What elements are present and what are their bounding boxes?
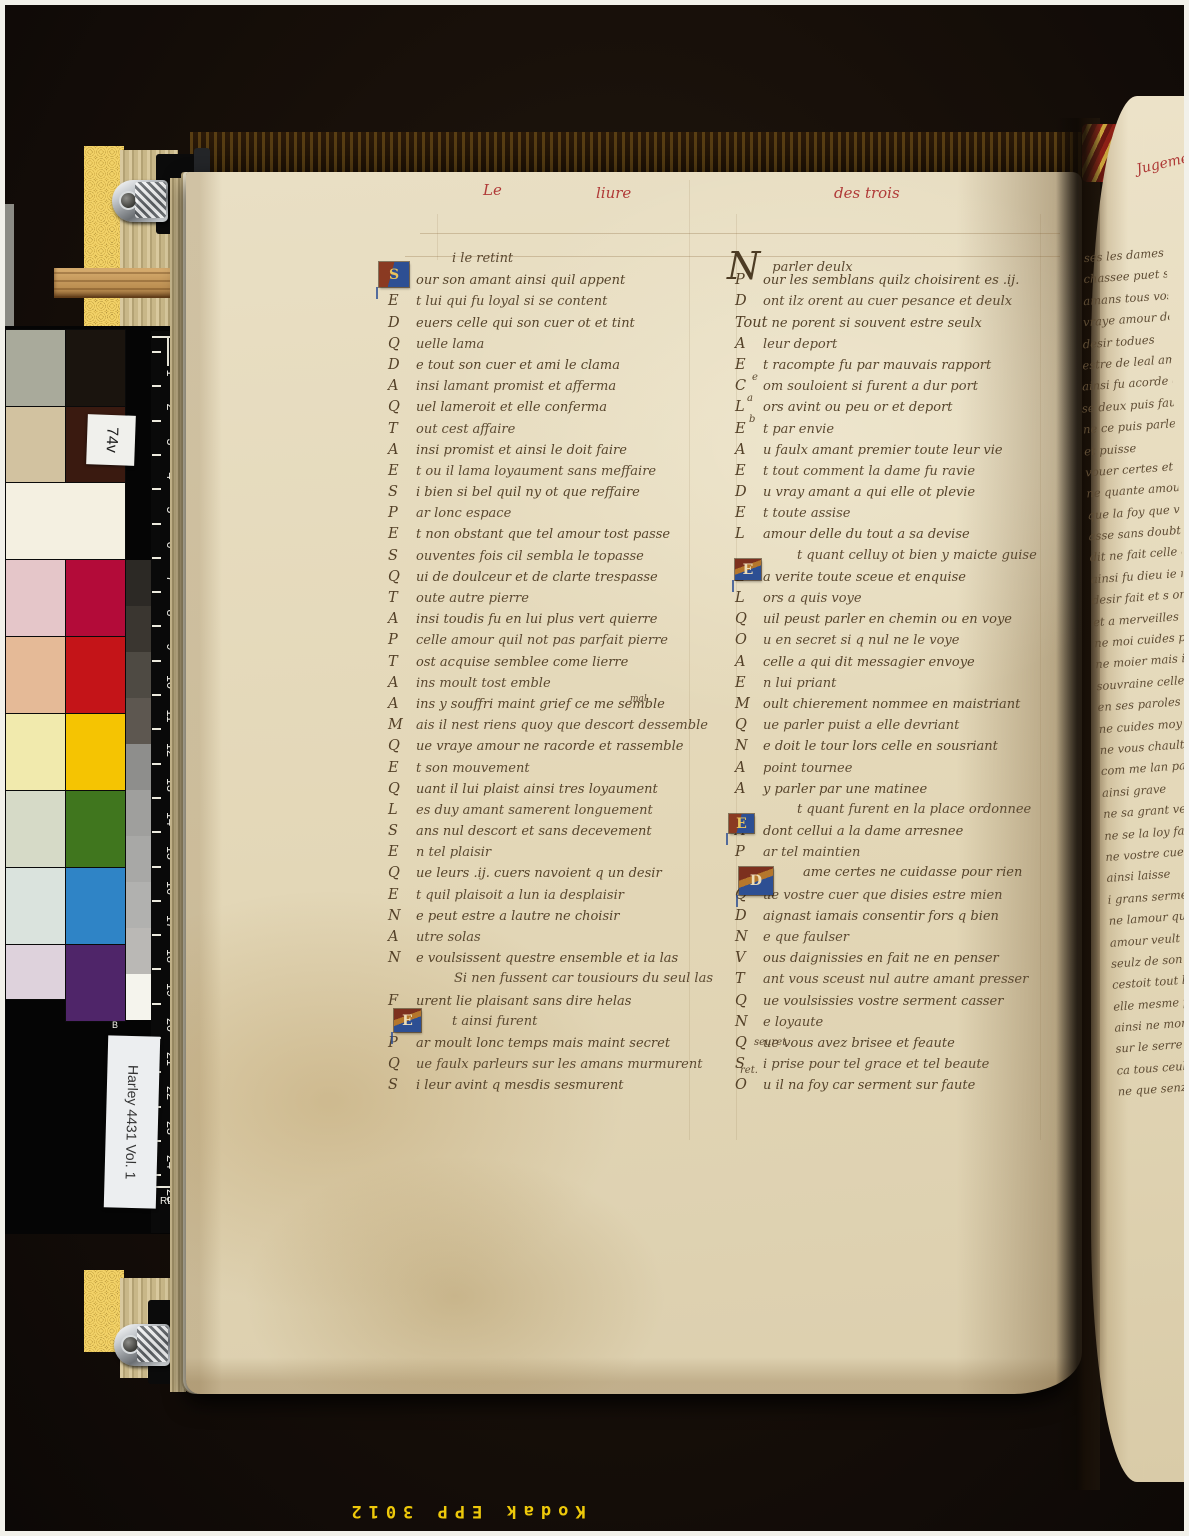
metal-clip-top (112, 180, 168, 222)
verse-line: Ains y souffri maint grief ce me semble (388, 696, 700, 717)
verse-capital: T (388, 654, 412, 670)
verse-capital: A (735, 442, 759, 458)
margin-note: a (747, 393, 753, 404)
verse-text: u en secret si q nul ne le voye (763, 633, 959, 648)
illuminated-initial-S: S (379, 262, 409, 287)
verse-text: e tout son cuer et ami le clama (416, 358, 620, 373)
verse-capital: Q (388, 336, 412, 352)
verse-line: Tout cest affaire (388, 421, 700, 442)
verse-text: insi toudis fu en lui plus vert quierre (416, 612, 657, 627)
verse-text: t par envie (763, 422, 834, 437)
grayscale-step-0 (126, 560, 151, 606)
verse-text: Si nen fussent car tousiours du seul las (454, 971, 713, 986)
illuminated-initial-E: E (735, 559, 761, 580)
verse-capital: P (735, 844, 759, 860)
verse-line: Lors a quis voye (735, 590, 1071, 611)
verse-line: Tant vous sceust nul autre amant presser (735, 971, 1071, 992)
verse-line: Que faulx parleurs sur les amans murmure… (388, 1056, 700, 1077)
ruler-tick (152, 351, 161, 353)
grayscale-step-3 (126, 698, 151, 744)
verse-text: ue vous avez brisee et feaute (763, 1036, 955, 1051)
verse-text: ar tel maintien (763, 845, 860, 860)
verse-text: ins moult tost emble (416, 676, 551, 691)
board-edge (5, 204, 14, 336)
ruler-tick (152, 420, 161, 422)
verse-text: t toute assise (763, 506, 850, 521)
margin-note: b (749, 414, 755, 425)
verse-line: Ne peut estre a lautre ne choisir (388, 908, 700, 929)
verse-text: a verite toute sceue et enquise (763, 570, 966, 585)
verse-capital: M (388, 717, 412, 733)
verse-capital: E (388, 887, 412, 903)
verse-line: De tout son cuer et ami le clama (388, 357, 700, 378)
verse-text: oute autre pierre (416, 591, 529, 606)
verse-text: u vray amant a qui elle ot plevie (763, 485, 975, 500)
ruler-tick (152, 900, 161, 902)
verse-line: Et son mouvement (388, 760, 700, 781)
verse-text: insi lamant promist et afferma (416, 379, 616, 394)
verse-text: celle a qui dit messagier envoye (763, 655, 975, 670)
patch-saturated-7 (66, 945, 125, 1021)
verse-line: Toutne porent si souvent estre seulx (735, 315, 1071, 336)
ruler-tick (152, 763, 161, 765)
ruler-bracket (167, 336, 169, 366)
verse-line: ame certes ne cuidasse pour rien (735, 865, 1071, 886)
verse-text: ouventes fois cil sembla le topasse (416, 549, 644, 564)
ruler-tick (152, 488, 161, 490)
verse-text: ar lonc espace (416, 506, 511, 521)
verse-capital: Q (388, 865, 412, 881)
verse-line: Dont ilz orent au cuer pesance et deulx (735, 293, 1071, 314)
verse-text: t racompte fu par mauvais rapport (763, 358, 991, 373)
verse-text: dont cellui a la dame arresnee (763, 824, 963, 839)
verse-line: Et racompte fu par mauvais rapport (735, 357, 1071, 378)
patch-pale-6 (6, 868, 65, 944)
verse-capital: Q (388, 1056, 412, 1072)
patch-saturated-2 (66, 560, 125, 636)
verse-capital: V (735, 950, 759, 966)
verse-text: t ainsi furent (452, 1014, 537, 1029)
patch-saturated-5 (66, 791, 125, 867)
verse-capital: P (388, 632, 412, 648)
verse-line: Sans nul descort et sans decevement (388, 823, 700, 844)
verse-line: Deuers celle qui son cuer ot et tint (388, 315, 700, 336)
verse-text: e que faulser (763, 930, 849, 945)
verse-text: ue leurs .ij. cuers navoient q un desir (416, 866, 662, 881)
verse-line: Toute autre pierre (388, 590, 700, 611)
verse-text: euers celle qui son cuer ot et tint (416, 316, 635, 331)
verse-line: Si nen fussent car tousiours du seul las (388, 971, 700, 992)
verse-line: Souventes fois cil sembla le topasse (388, 548, 700, 569)
verse-line: Apoint tournee (735, 760, 1071, 781)
verse-line: Lors avint ou peu or et deport (735, 399, 1071, 420)
verse-line: La verite toute sceue et enquise (735, 569, 1071, 590)
ruler-tick (152, 625, 161, 627)
verse-line: Du vray amant a qui elle ot plevie (735, 484, 1071, 505)
verse-capital: F (388, 993, 412, 1009)
verse-text: u il na foy car serment sur faute (763, 1078, 975, 1093)
verse-line: Pour son amant ainsi quil appent (388, 272, 700, 293)
patch-saturated-0 (66, 330, 125, 406)
patch-pale-7 (6, 945, 65, 999)
grayscale-step-7 (126, 882, 151, 928)
verse-capital: L (735, 526, 759, 542)
verse-text: ui de doulceur et de clarte trespasse (416, 570, 658, 585)
verse-text: ue vostre cuer que disies estre mien (763, 888, 1003, 903)
running-title-le: Le (483, 181, 502, 199)
verse-text: om souloient si furent a dur port (763, 379, 978, 394)
wooden-cradle-strip (54, 268, 176, 298)
ruler-tick (152, 831, 161, 833)
patch-pale-3 (6, 637, 65, 713)
verse-capital: S (388, 548, 412, 564)
verse-text: t ou il lama loyaument sans meffaire (416, 464, 656, 479)
verse-capital: A (388, 696, 412, 712)
verse-line: Autre solas (388, 929, 700, 950)
verse-line: t quant furent en la place ordonnee (735, 802, 1071, 823)
verse-text: aignast iamais consentir fors q bien (763, 909, 999, 924)
verse-text: celle amour quil not pas parfait pierre (416, 633, 668, 648)
verse-line: Aleur deport (735, 336, 1071, 357)
margin-note: mal (630, 694, 647, 704)
verse-line: Si leur avint q mesdis sesmurent (388, 1077, 700, 1098)
verse-capital: A (735, 760, 759, 776)
verse-capital: E (388, 463, 412, 479)
verse-text: oult chierement nommee en maistriant (763, 697, 1020, 712)
verse-line: Si prise pour tel grace et tel beaute (735, 1056, 1071, 1077)
verse-capital: N (735, 1014, 759, 1030)
verse-capital: T (388, 590, 412, 606)
margin-note: ret. (740, 1065, 758, 1076)
verse-line: Et tout comment la dame fu ravie (735, 463, 1071, 484)
patch-white-wide (6, 483, 125, 559)
ruler-tick (152, 454, 161, 456)
verse-text: e voulsissent questre ensemble et ia las (416, 951, 678, 966)
illuminated-initial-E: E (394, 1009, 421, 1032)
folio-number-text: 74v (102, 427, 121, 453)
verse-capital: E (388, 526, 412, 542)
verse-capital: N (727, 259, 760, 273)
verse-capital: Q (388, 399, 412, 415)
verse-line: Ou en secret si q nul ne le voye (735, 632, 1071, 653)
ruler-tick (152, 728, 161, 730)
verse-capital: Q (735, 717, 759, 733)
verse-line: Ne que faulser (735, 929, 1071, 950)
verse-line: Qui de doulceur et de clarte trespasse (388, 569, 700, 590)
shelfmark-label: Harley 4431 Vol. 1 (104, 1035, 160, 1208)
verse-text: our les semblans quilz choisirent es .ij… (763, 273, 1019, 288)
ruler-tick (152, 934, 161, 936)
verse-text: ue faulx parleurs sur les amans murmuren… (416, 1057, 702, 1072)
verse-text: ar moult lonc temps mais maint secret (416, 1036, 670, 1051)
verse-capital: M (735, 696, 759, 712)
verse-line: Pcelle amour quil not pas parfait pierre (388, 632, 700, 653)
verse-capital: P (388, 505, 412, 521)
verse-capital: S (388, 823, 412, 839)
grayscale-step-5 (126, 790, 151, 836)
verse-text: ais il nest riens quoy que descort desse… (416, 718, 708, 733)
verse-capital: A (735, 781, 759, 797)
verse-line: Et lui qui fu loyal si se content (388, 293, 700, 314)
ruler-tick (152, 694, 161, 696)
verse-capital: D (735, 293, 759, 309)
verse-line: Et ou il lama loyaument sans meffaire (388, 463, 700, 484)
ruler-tick (152, 660, 161, 662)
verse-capital: T (735, 971, 759, 987)
verse-text: uant il lui plaist ainsi tres loyaument (416, 782, 658, 797)
verse-text: ont ilz orent au cuer pesance et deulx (763, 294, 1012, 309)
patch-pale-0 (6, 330, 65, 406)
verse-capital: A (388, 611, 412, 627)
verse-capital: Tout (735, 315, 767, 331)
verse-line: Ne voulsissent questre ensemble et ia la… (388, 950, 700, 971)
verse-line: Ne loyaute (735, 1014, 1071, 1035)
verse-capital: E (388, 293, 412, 309)
patch-saturated-3 (66, 637, 125, 713)
verse-text: ors avint ou peu or et deport (763, 400, 953, 415)
verse-text: urent lie plaisant sans dire helas (416, 994, 631, 1009)
verse-capital: E (735, 505, 759, 521)
verse-text: utre solas (416, 930, 481, 945)
verse-line: Et par envie (735, 421, 1071, 442)
verse-text: i le retint (452, 251, 513, 266)
verse-text: n lui priant (763, 676, 836, 691)
verse-capital: Q (735, 611, 759, 627)
verse-line: Furent lie plaisant sans dire helas (388, 993, 700, 1014)
grayscale-step-8 (126, 928, 151, 974)
ruler-tick (152, 591, 161, 593)
verse-text: ue vraye amour ne racorde et rassemble (416, 739, 683, 754)
verse-line: Par lonc espace (388, 505, 700, 526)
verse-line: Quant il lui plaist ainsi tres loyaument (388, 781, 700, 802)
ruler-tick (152, 557, 161, 559)
verse-text: t quant celluy ot bien y maicte guise (797, 548, 1037, 563)
ruler-tick (152, 968, 161, 970)
verse-line: Daignast iamais consentir fors q bien (735, 908, 1071, 929)
grayscale-step-4 (126, 744, 151, 790)
verse-text: ne porent si souvent estre seulx (771, 316, 981, 331)
verse-text: e loyaute (763, 1015, 823, 1030)
verse-line: Com souloient si furent a dur port (735, 378, 1071, 399)
verse-text: ant vous sceust nul autre amant presser (763, 972, 1028, 987)
verse-text: uelle lama (416, 337, 484, 352)
verse-capital: O (735, 632, 759, 648)
verse-text: ous daignissies en fait ne en penser (763, 951, 999, 966)
verse-capital: A (735, 336, 759, 352)
verse-line: En tel plaisir (388, 844, 700, 865)
verse-line: Et quil plaisoit a lun ia desplaisir (388, 887, 700, 908)
verse-line: Ains moult tost emble (388, 675, 700, 696)
metal-clip-bottom (114, 1324, 170, 1366)
verse-line: Que parler puist a elle devriant (735, 717, 1071, 738)
verse-capital: Q (388, 781, 412, 797)
ruler-b-mark: B (112, 1020, 118, 1030)
verse-capital: O (735, 1077, 759, 1093)
ruler-tick (152, 797, 161, 799)
verse-capital: E (735, 463, 759, 479)
running-title-livre: liure (596, 184, 631, 202)
verse-text: y parler par une matinee (763, 782, 927, 797)
verse-capital: L (735, 590, 759, 606)
verse-text: ins y souffri maint grief ce me semble (416, 697, 665, 712)
verse-line: Que voulsissies vostre serment casser (735, 993, 1071, 1014)
ruler-tick (152, 866, 161, 868)
verse-line: Tost acquise semblee come lierre (388, 654, 700, 675)
verse-capital: N (735, 738, 759, 754)
verse-text: ost acquise semblee come lierre (416, 655, 628, 670)
verse-line: Ainsi toudis fu en lui plus vert quierre (388, 611, 700, 632)
verse-line: Par tel maintien (735, 844, 1071, 865)
verse-line: En lui priant (735, 675, 1071, 696)
verse-text: t quil plaisoit a lun ia desplaisir (416, 888, 624, 903)
verse-line: Vous daignissies en fait ne en penser (735, 950, 1071, 971)
verse-text: ame certes ne cuidasse pour rien (803, 865, 1022, 880)
verse-text: leur deport (763, 337, 837, 352)
verse-line: Que leurs .ij. cuers navoient q un desir (388, 865, 700, 886)
ruler-tick (152, 1003, 161, 1005)
grayscale-step-9 (126, 974, 151, 1020)
verse-line: Si bien si bel quil ny ot que reffaire (388, 484, 700, 505)
verse-line: Quil peust parler en chemin ou en voye (735, 611, 1071, 632)
verse-line: Au faulx amant premier toute leur vie (735, 442, 1071, 463)
verse-capital: A (388, 675, 412, 691)
margin-note: seuret (754, 1037, 786, 1048)
verse-text: uel lameroit et elle conferma (416, 400, 607, 415)
verse-text: n tel plaisir (416, 845, 491, 860)
verse-text: out cest affaire (416, 422, 515, 437)
ruling-line (420, 233, 1060, 234)
verse-text: amour delle du tout a sa devise (763, 527, 970, 542)
verse-text: ue parler puist a elle devriant (763, 718, 959, 733)
verse-capital: S (388, 1077, 412, 1093)
verse-text: ors a quis voye (763, 591, 862, 606)
verse-capital: N (388, 950, 412, 966)
shelfmark-text: Harley 4431 Vol. 1 (123, 1065, 142, 1180)
verse-line: t ainsi furent (388, 1014, 700, 1035)
text-column-right: Nparler deulxPour les semblans quilz cho… (735, 251, 1071, 1099)
ruler-tick (152, 523, 161, 525)
verse-line: Moult chierement nommee en maistriant (735, 696, 1071, 717)
verse-line: Ne doit le tour lors celle en sousriant (735, 738, 1071, 759)
verse-capital: L (388, 802, 412, 818)
verse-capital: E (735, 357, 759, 373)
verse-line: Nparler deulx (735, 251, 1071, 272)
verse-text: our son amant ainsi quil appent (416, 273, 625, 288)
verse-text: t tout comment la dame fu ravie (763, 464, 975, 479)
verse-capital: E (735, 675, 759, 691)
illuminated-initial-D: D (739, 867, 773, 895)
grayscale-step-1 (126, 606, 151, 652)
verse-text: es duy amant samerent longuement (416, 803, 653, 818)
verse-line: Ay parler par une matinee (735, 781, 1071, 802)
verse-text: ue voulsissies vostre serment casser (763, 994, 1003, 1009)
film-edge-marking: Kodak EPP 3012 (300, 1494, 630, 1528)
running-title-des-trois: des trois (834, 184, 900, 202)
verse-capital: Q (388, 569, 412, 585)
verse-capital: E (388, 760, 412, 776)
verse-text: u faulx amant premier toute leur vie (763, 443, 1003, 458)
text-column-left: i le retintPour son amant ainsi quil app… (388, 251, 700, 1099)
verse-line: Adont cellui a la dame arresnee (735, 823, 1071, 844)
verse-line: t quant celluy ot bien y maicte guise (735, 548, 1071, 569)
verse-line: Quelle lama (388, 336, 700, 357)
verse-line: Que vostre cuer que disies estre mien (735, 887, 1071, 908)
verse-line: Et non obstant que tel amour tost passe (388, 526, 700, 547)
verse-text: i bien si bel quil ny ot que reffaire (416, 485, 640, 500)
verse-capital: A (388, 378, 412, 394)
verse-capital: A (388, 929, 412, 945)
verse-text: e doit le tour lors celle en sousriant (763, 739, 998, 754)
verse-text: i leur avint q mesdis sesmurent (416, 1078, 624, 1093)
verse-capital: N (388, 908, 412, 924)
verse-text: e peut estre a lautre ne choisir (416, 909, 620, 924)
verse-text: t non obstant que tel amour tost passe (416, 527, 670, 542)
verse-text: t lui qui fu loyal si se content (416, 294, 607, 309)
verse-line: Mais il nest riens quoy que descort dess… (388, 717, 700, 738)
verse-capital: Q (388, 738, 412, 754)
verse-line: Ou il na foy car serment sur faute (735, 1077, 1071, 1098)
grayscale-step-2 (126, 652, 151, 698)
verse-text: point tournee (763, 761, 852, 776)
verse-text: ans nul descort et sans decevement (416, 824, 652, 839)
verse-line: Les duy amant samerent longuement (388, 802, 700, 823)
verse-line: Pour les semblans quilz choisirent es .i… (735, 272, 1071, 293)
verse-line: Lamour delle du tout a sa devise (735, 526, 1071, 547)
verse-capital: A (735, 654, 759, 670)
verse-line: Que vraye amour ne racorde et rassemble (388, 738, 700, 759)
manuscript-photo: Le liure des trois Jugeme i le retintPou… (0, 0, 1189, 1536)
verse-text: t son mouvement (416, 761, 530, 776)
verse-line: Par moult lonc temps mais maint secret (388, 1035, 700, 1056)
verse-line: i le retint (388, 251, 700, 272)
patch-pale-2 (6, 560, 65, 636)
verse-capital: D (735, 908, 759, 924)
patch-pale-5 (6, 791, 65, 867)
verse-capital: D (388, 315, 412, 331)
grayscale-step-6 (126, 836, 151, 882)
patch-saturated-4 (66, 714, 125, 790)
verse-capital: D (388, 357, 412, 373)
verse-line: Acelle a qui dit messagier envoye (735, 654, 1071, 675)
patch-pale-1 (6, 407, 65, 483)
verse-line: Ainsi lamant promist et afferma (388, 378, 700, 399)
verse-text: insi promist et ainsi le doit faire (416, 443, 627, 458)
verse-line: Et toute assise (735, 505, 1071, 526)
verse-text: uil peust parler en chemin ou en voye (763, 612, 1012, 627)
verse-capital: D (735, 484, 759, 500)
verse-line: Ainsi promist et ainsi le doit faire (388, 442, 700, 463)
folio-number-label: 74v (86, 414, 136, 466)
ruler-tick (152, 385, 161, 387)
margin-note: e (752, 372, 758, 383)
verse-capital: N (735, 929, 759, 945)
verse-capital: A (388, 442, 412, 458)
patch-saturated-6 (66, 868, 125, 944)
verse-capital: T (388, 421, 412, 437)
patch-pale-4 (6, 714, 65, 790)
verse-text: i prise pour tel grace et tel beaute (763, 1057, 989, 1072)
verse-line: Quel lameroit et elle conferma (388, 399, 700, 420)
verse-capital: E (388, 844, 412, 860)
verse-text: t quant furent en la place ordonnee (797, 802, 1031, 817)
illuminated-initial-E: E (729, 814, 754, 833)
leaf-edges (170, 178, 186, 1392)
verse-capital: Q (735, 993, 759, 1009)
gold-tooled-binding-top (84, 146, 124, 334)
verse-capital: S (388, 484, 412, 500)
